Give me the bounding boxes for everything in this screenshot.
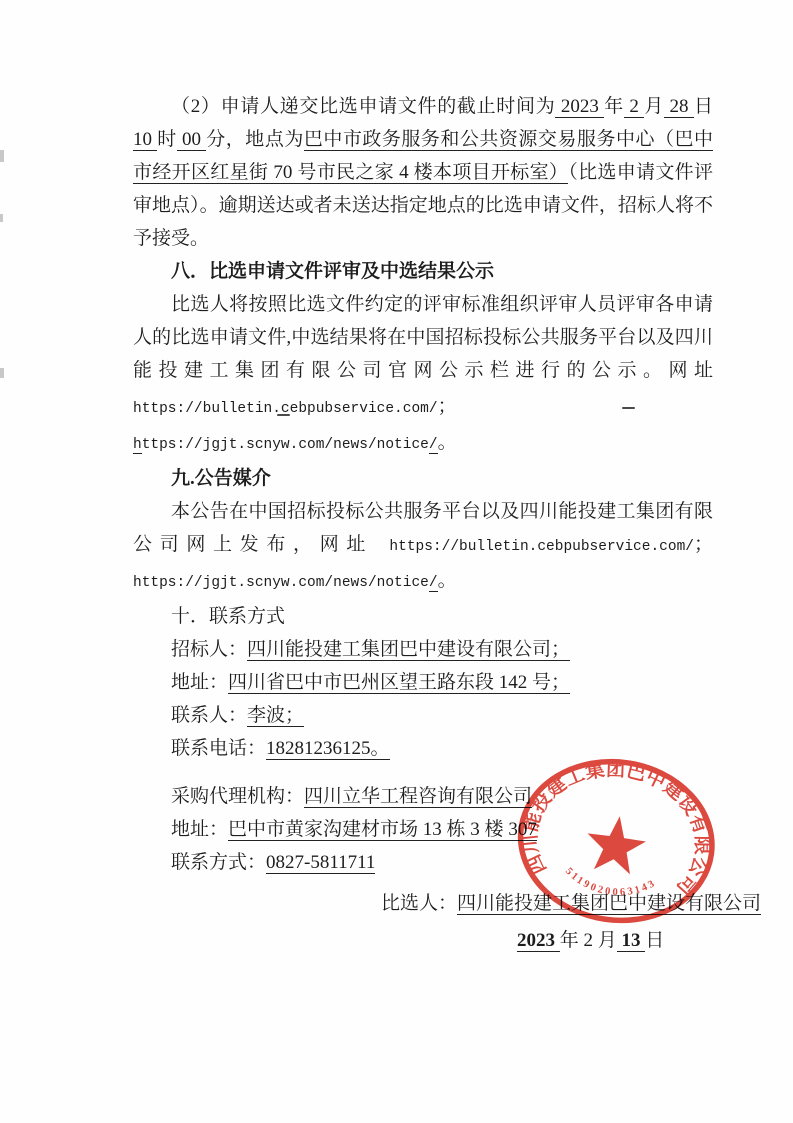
text-segment: 采购代理机构： bbox=[171, 786, 304, 807]
text-segment: 四川立华工程咨询有限公司 bbox=[304, 786, 532, 808]
text-segment: 。 bbox=[438, 570, 457, 591]
official-seal: 四川能投建工集团巴中建设有限公司 5119020063143 bbox=[499, 734, 733, 951]
text-segment: h bbox=[133, 437, 142, 454]
text-segment: 楼 bbox=[485, 819, 504, 841]
text-segment: 0827-5811711 bbox=[266, 852, 375, 874]
seal-star-icon bbox=[583, 812, 649, 876]
text-segment: 时 bbox=[157, 129, 177, 150]
text-segment: 联系电话： bbox=[171, 738, 266, 759]
text-segment: 号市民之家 bbox=[297, 162, 394, 184]
text-segment: / bbox=[429, 437, 438, 454]
seal-code: 5119020063143 bbox=[561, 865, 660, 904]
text-segment: 2023 bbox=[555, 96, 604, 118]
text-segment: 比选人： bbox=[381, 893, 457, 914]
scanned-document-page: （2）申请人递交比选申请文件的截止时间为 2023 年 2 月 28 日 10 … bbox=[0, 0, 793, 1123]
section-heading-9: 九.公告媒介 bbox=[133, 462, 713, 495]
contact-line-person: 联系人：李波； bbox=[133, 699, 713, 732]
paragraph-submission-deadline: （2）申请人递交比选申请文件的截止时间为 2023 年 2 月 28 日 10 … bbox=[133, 90, 713, 255]
text-segment: 年 bbox=[604, 96, 624, 117]
text-segment: 月 bbox=[644, 96, 664, 117]
text-segment: ； bbox=[694, 534, 713, 555]
section-heading-8: 八．比选申请文件评审及中选结果公示 bbox=[133, 255, 713, 288]
paragraph-review-publicity: 比选人将按照比选文件约定的评审标准组织评审人员评审各申请人的比选申请文件,中选结… bbox=[133, 288, 713, 462]
text-segment: 2 bbox=[624, 96, 644, 118]
text-segment: （2）申请人递交比选申请文件的截止时间为 bbox=[171, 96, 555, 117]
text-segment: 分，地点为 bbox=[206, 129, 304, 150]
scan-artifact-speck bbox=[0, 214, 3, 222]
text-segment: https://bulletin.cebpubservice.com/ bbox=[373, 539, 694, 555]
section-heading-10: 十．联系方式 bbox=[133, 600, 713, 633]
text-segment: 70 bbox=[268, 162, 297, 184]
text-segment: 地址： bbox=[171, 672, 228, 693]
scan-artifact-speck bbox=[0, 150, 4, 162]
text-segment: 142 bbox=[494, 672, 532, 694]
text-segment: 13 bbox=[418, 819, 447, 841]
text-segment: 10 bbox=[133, 129, 157, 151]
text-segment: 联系方式： bbox=[171, 852, 266, 873]
text-segment: 号； bbox=[532, 672, 570, 694]
contact-line-address: 地址：四川省巴中市巴州区望王路东段 142 号； bbox=[133, 666, 713, 699]
text-segment: 四川省巴中市巴州区望王路东段 bbox=[228, 672, 494, 694]
scan-artifact-dash bbox=[622, 407, 635, 409]
text-segment: 日 bbox=[694, 96, 713, 117]
text-segment: 楼本项目开标室） bbox=[414, 162, 569, 184]
text-segment: / bbox=[429, 575, 438, 592]
text-segment: 李波； bbox=[247, 705, 304, 727]
text-segment: 00 bbox=[177, 129, 207, 151]
text-segment: 2023 bbox=[517, 930, 560, 952]
text-segment: 。 bbox=[438, 432, 457, 453]
text-segment: 栋 bbox=[447, 819, 466, 841]
text-segment: 联系人： bbox=[171, 705, 247, 726]
text-segment: 巴中市黄家沟建材市场 bbox=[228, 819, 418, 841]
text-segment: 招标人： bbox=[171, 639, 247, 660]
text-segment: 四川能投建工集团巴中建设有限公司； bbox=[247, 639, 570, 661]
contact-line-tenderer: 招标人：四川能投建工集团巴中建设有限公司； bbox=[133, 633, 713, 666]
text-segment: 3 bbox=[466, 819, 485, 841]
paragraph-announcement-media: 本公告在中国招标投标公共服务平台以及四川能投建工集团有限公司网上发布，网址 ht… bbox=[133, 495, 713, 600]
scan-artifact-dash bbox=[277, 414, 290, 416]
svg-text:5119020063143: 5119020063143 bbox=[561, 865, 660, 904]
text-segment: https://jgjt.scnyw.com/news/notice bbox=[133, 575, 429, 591]
scan-artifact-speck bbox=[0, 368, 4, 378]
text-segment: ttps://jgjt.scnyw.com/news/notice bbox=[142, 437, 429, 453]
text-segment: ； bbox=[438, 396, 457, 417]
text-segment: 地址： bbox=[171, 819, 228, 840]
text-segment: 4 bbox=[394, 162, 414, 184]
text-segment: 28 bbox=[664, 96, 694, 118]
text-segment: 比选人将按照比选文件约定的评审标准组织评审人员评审各申请人的比选申请文件,中选结… bbox=[133, 294, 713, 381]
text-segment: 18281236125。 bbox=[266, 738, 390, 760]
